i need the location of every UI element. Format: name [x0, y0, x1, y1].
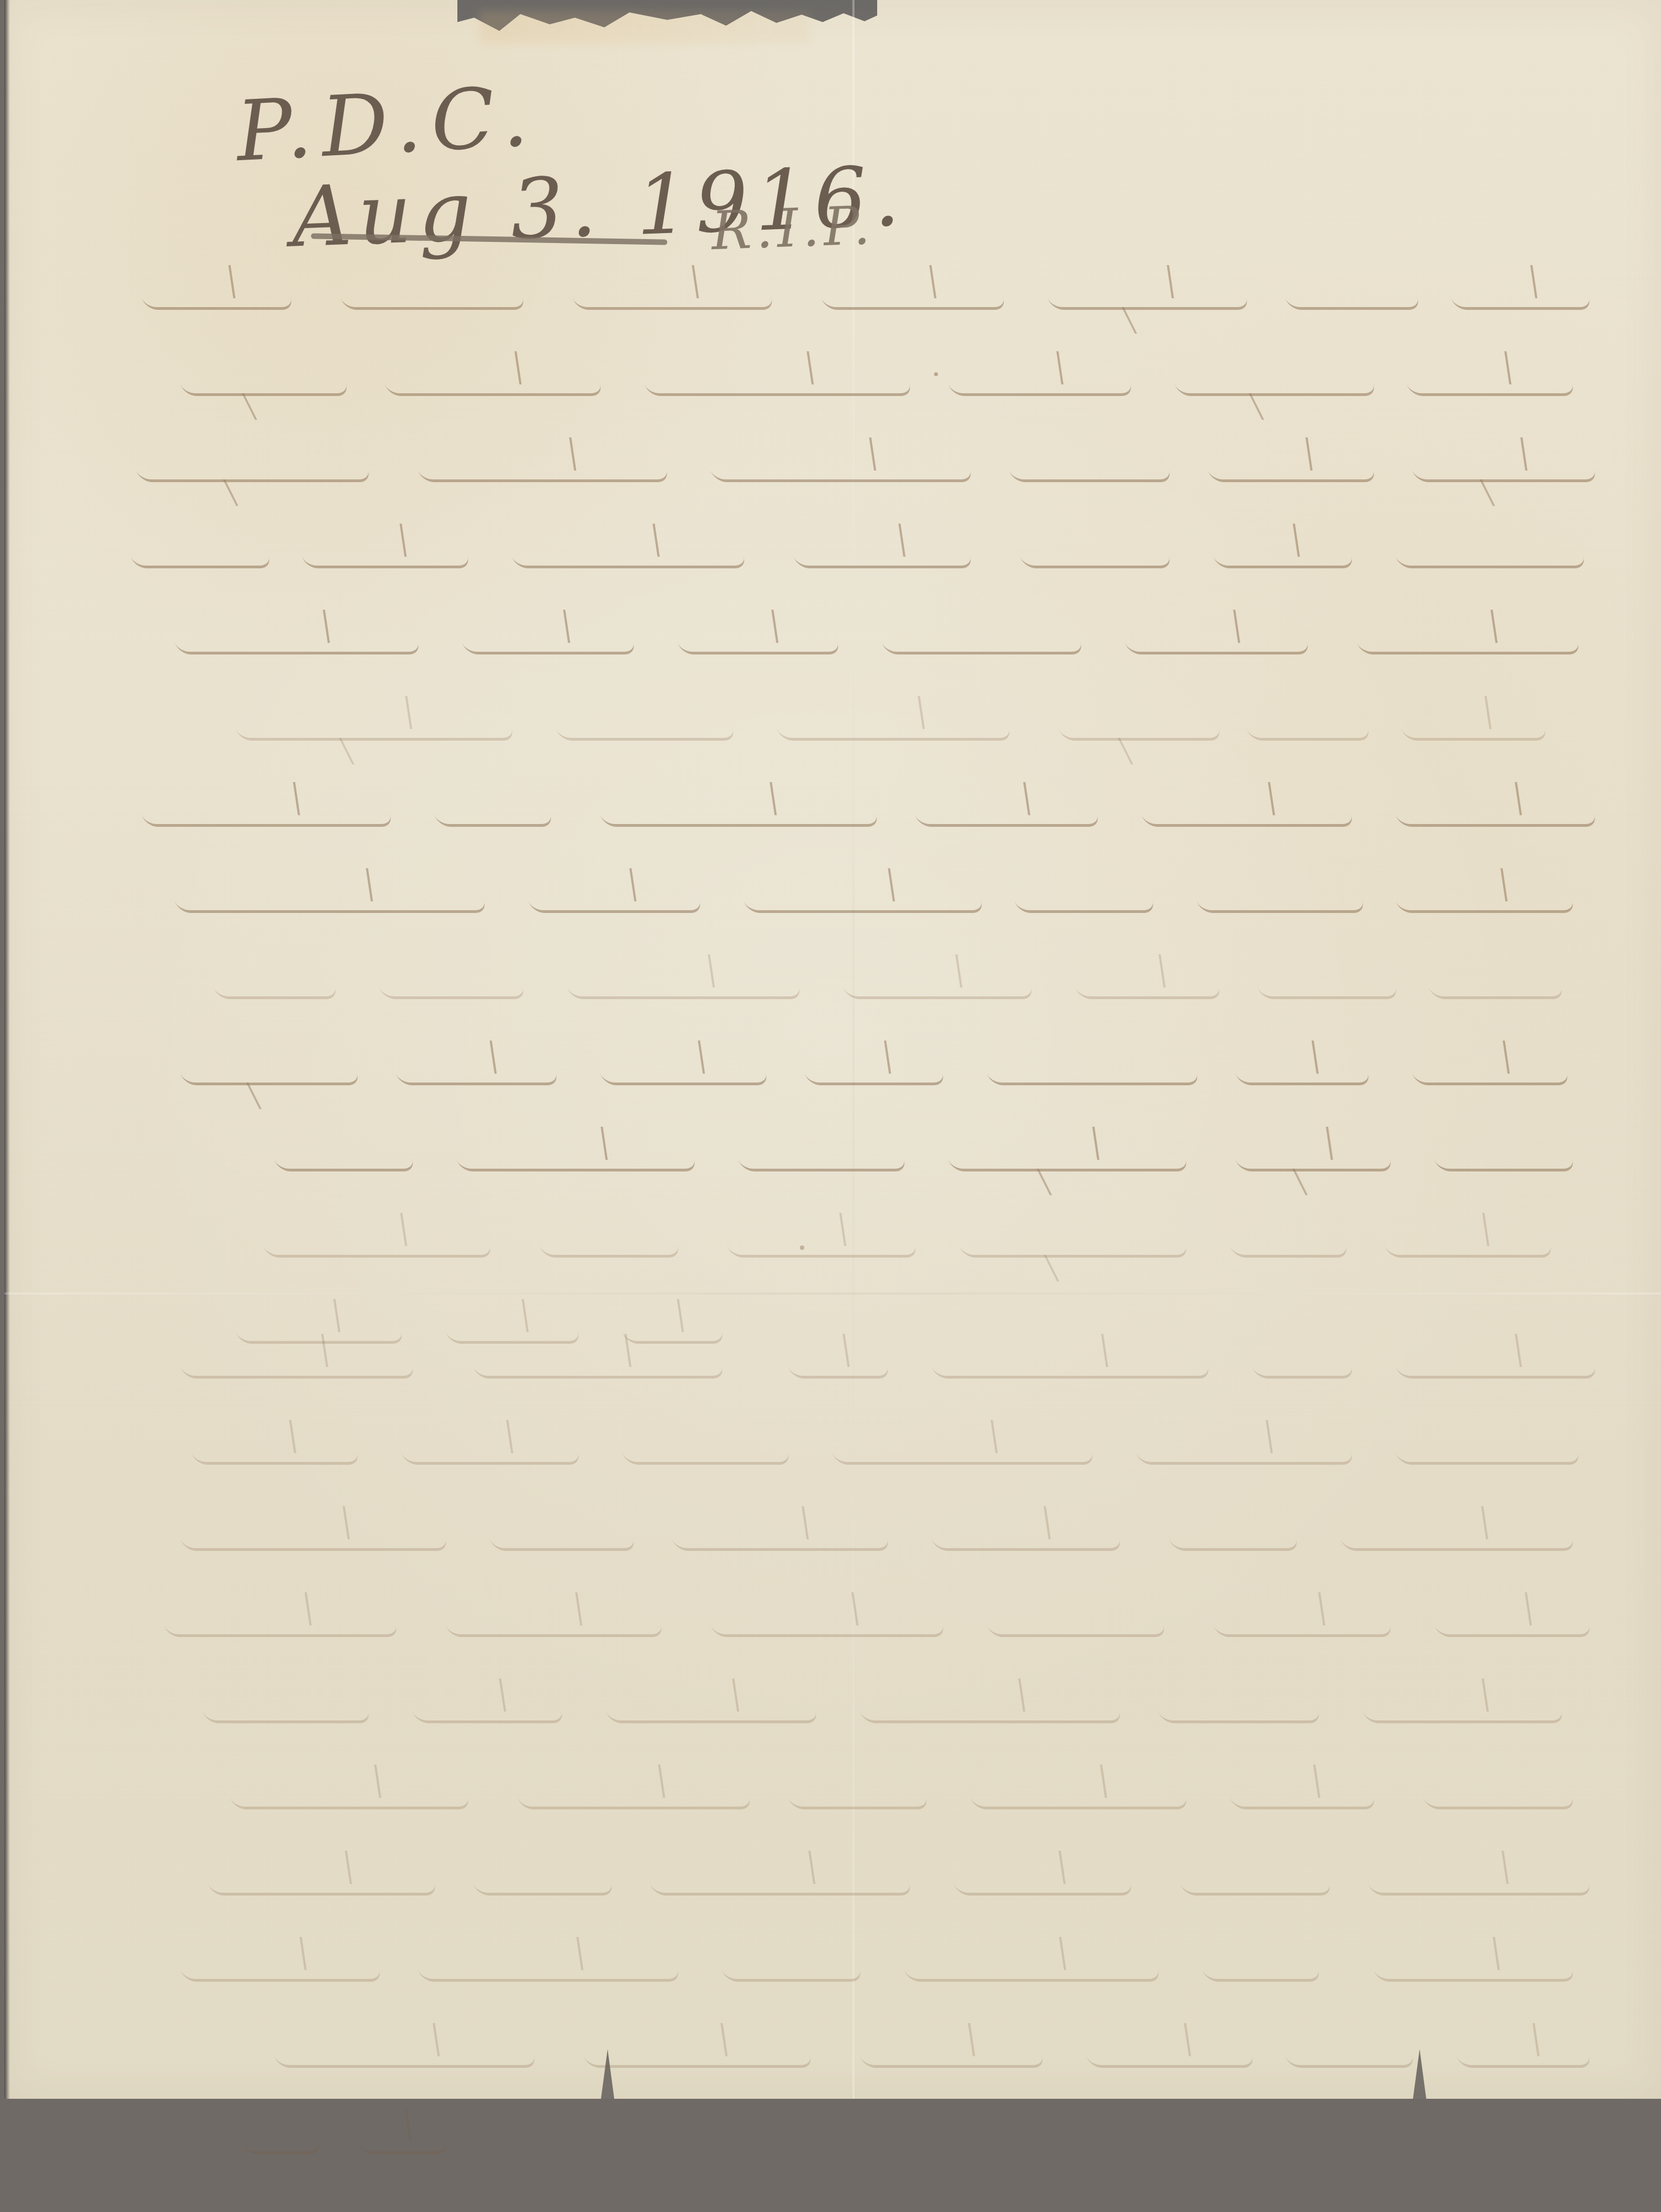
bleed-line — [71, 1143, 1606, 1182]
bleed-line — [71, 626, 1606, 665]
bleed-line — [71, 799, 1606, 837]
bleed-line — [71, 712, 1606, 751]
bleed-line — [71, 1229, 1606, 1268]
bleed-line — [71, 1867, 1606, 1906]
header-initials: P.D.C. — [234, 75, 540, 173]
bleed-line — [71, 1954, 1606, 1992]
bleed-line — [71, 454, 1606, 493]
bleed-line — [71, 1523, 1606, 1561]
lower-bleed-through-block — [71, 1350, 1606, 2099]
bleed-line — [71, 1316, 1606, 1354]
bleed-line — [71, 1609, 1606, 1648]
letter-sheet: P.D.C. Aug 3. 1916. R.I.P. — [4, 0, 1661, 2099]
bleed-line — [71, 1437, 1606, 1475]
bleed-line — [71, 1057, 1606, 1096]
left-shadow — [4, 0, 10, 2099]
bleed-line — [71, 2040, 1606, 2078]
bleed-line — [71, 368, 1606, 406]
bleed-line — [71, 1695, 1606, 1734]
bleed-line — [71, 971, 1606, 1010]
bleed-line — [71, 540, 1606, 579]
bleed-line — [71, 282, 1606, 320]
bleed-line — [71, 885, 1606, 923]
tear-stain — [479, 11, 811, 44]
header-rip-note: R.I.P. — [710, 199, 875, 257]
upper-bleed-through-block — [71, 282, 1606, 1402]
bleed-line — [71, 1350, 1606, 1389]
separator-dot — [800, 1245, 804, 1250]
bleed-line — [71, 1781, 1606, 1820]
